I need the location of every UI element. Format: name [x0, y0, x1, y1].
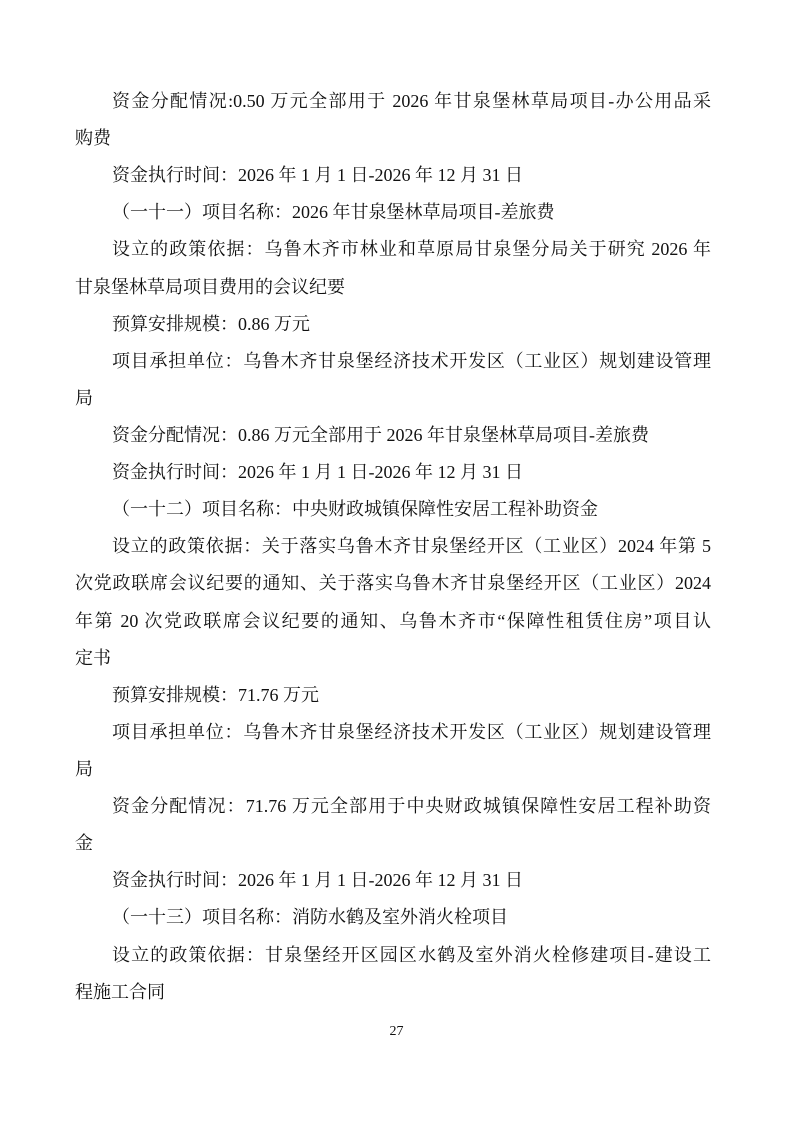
text-line: 资金执行时间：2026 年 1 月 1 日-2026 年 12 月 31 日: [75, 862, 711, 899]
text-line: （一十一）项目名称：2026 年甘泉堡林草局项目-差旅费: [75, 194, 711, 231]
text-line: 资金分配情况：0.86 万元全部用于 2026 年甘泉堡林草局项目-差旅费: [75, 417, 711, 454]
text-line: 资金分配情况:0.50 万元全部用于 2026 年甘泉堡林草局项目-办公用品采: [75, 83, 711, 120]
document-text-block: 资金分配情况:0.50 万元全部用于 2026 年甘泉堡林草局项目-办公用品采购…: [75, 83, 711, 1011]
document-page: 资金分配情况:0.50 万元全部用于 2026 年甘泉堡林草局项目-办公用品采购…: [0, 0, 793, 1122]
text-line: 程施工合同: [75, 974, 711, 1011]
page-number: 27: [0, 1022, 793, 1042]
text-line: 局: [75, 751, 711, 788]
text-line: 设立的政策依据：甘泉堡经开区园区水鹤及室外消火栓修建项目-建设工: [75, 937, 711, 974]
text-line: （一十三）项目名称：消防水鹤及室外消火栓项目: [75, 899, 711, 936]
text-line: 项目承担单位：乌鲁木齐甘泉堡经济技术开发区（工业区）规划建设管理: [75, 714, 711, 751]
text-line: 预算安排规模：71.76 万元: [75, 677, 711, 714]
text-line: 资金执行时间：2026 年 1 月 1 日-2026 年 12 月 31 日: [75, 157, 711, 194]
text-line: 金: [75, 825, 711, 862]
text-line: 甘泉堡林草局项目费用的会议纪要: [75, 269, 711, 306]
text-line: 局: [75, 380, 711, 417]
text-line: 设立的政策依据：乌鲁木齐市林业和草原局甘泉堡分局关于研究 2026 年: [75, 231, 711, 268]
text-line: 预算安排规模：0.86 万元: [75, 306, 711, 343]
text-line: 项目承担单位：乌鲁木齐甘泉堡经济技术开发区（工业区）规划建设管理: [75, 343, 711, 380]
text-line: （一十二）项目名称：中央财政城镇保障性安居工程补助资金: [75, 491, 711, 528]
text-line: 定书: [75, 640, 711, 677]
text-line: 年第 20 次党政联席会议纪要的通知、乌鲁木齐市“保障性租赁住房”项目认: [75, 603, 711, 640]
text-line: 设立的政策依据：关于落实乌鲁木齐甘泉堡经开区（工业区）2024 年第 5: [75, 528, 711, 565]
text-line: 资金执行时间：2026 年 1 月 1 日-2026 年 12 月 31 日: [75, 454, 711, 491]
text-line: 资金分配情况：71.76 万元全部用于中央财政城镇保障性安居工程补助资: [75, 788, 711, 825]
text-line: 购费: [75, 120, 711, 157]
text-line: 次党政联席会议纪要的通知、关于落实乌鲁木齐甘泉堡经开区（工业区）2024: [75, 565, 711, 602]
